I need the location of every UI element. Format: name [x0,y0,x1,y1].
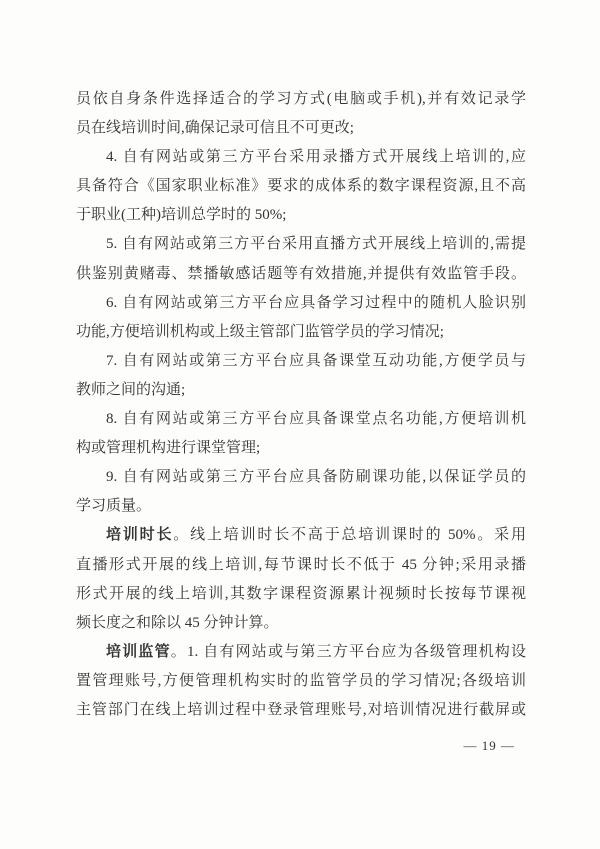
text-line: 6. 自有网站或第三方平台应具备学习过程中的随机人脸识别 [76,289,526,318]
page-number: — 19 — [0,738,515,754]
text-line: 形式开展的线上培训,其数字课程资源累计视频时长按每节课视 [76,580,526,609]
text-line: 员在线培训时间,确保记录可信且不可更改; [76,114,526,143]
text-line: 构或管理机构进行课堂管理; [76,434,526,463]
text-line: 主管部门在线上培训过程中登录管理账号,对培训情况进行截屏或 [76,696,526,725]
section-heading: 培训监管 [106,644,171,660]
text-line: 置管理账号,方便管理机构实时的监管学员的学习情况;各级培训 [76,667,526,696]
section-heading: 培训时长 [106,527,173,543]
text-line: 7. 自有网站或第三方平台应具备课堂互动功能,方便学员与 [76,347,526,376]
text-line: 教师之间的沟通; [76,376,526,405]
text-line: 9. 自有网站或第三方平台应具备防刷课功能,以保证学员的 [76,463,526,492]
document-page: 员依自身条件选择适合的学习方式(电脑或手机),并有效记录学员在线培训时间,确保记… [0,0,600,849]
text-line: 5. 自有网站或第三方平台采用直播方式开展线上培训的,需提 [76,230,526,259]
text-line: 于职业(工种)培训总学时的 50%; [76,201,526,230]
text-line: 功能,方便培训机构或上级主管部门监管学员的学习情况; [76,318,526,347]
text-line: 培训监管。1. 自有网站或与第三方平台应为各级管理机构设 [76,638,526,667]
text-line: 培训时长。线上培训时长不高于总培训课时的 50%。采用 [76,521,526,550]
text-line: 员依自身条件选择适合的学习方式(电脑或手机),并有效记录学 [76,85,526,114]
text-line: 供鉴别黄赌毒、禁播敏感话题等有效措施,并提供有效监管手段。 [76,260,526,289]
body-text: 员依自身条件选择适合的学习方式(电脑或手机),并有效记录学员在线培训时间,确保记… [76,85,526,725]
text-line: 具备符合《国家职业标准》要求的成体系的数字课程资源,且不高 [76,172,526,201]
text-line: 4. 自有网站或第三方平台采用录播方式开展线上培训的,应 [76,143,526,172]
text-line: 8. 自有网站或第三方平台应具备课堂点名功能,方便培训机 [76,405,526,434]
text-line: 直播形式开展的线上培训,每节课时长不低于 45 分钟;采用录播 [76,551,526,580]
text-line: 频长度之和除以 45 分钟计算。 [76,609,526,638]
text-line: 学习质量。 [76,492,526,521]
